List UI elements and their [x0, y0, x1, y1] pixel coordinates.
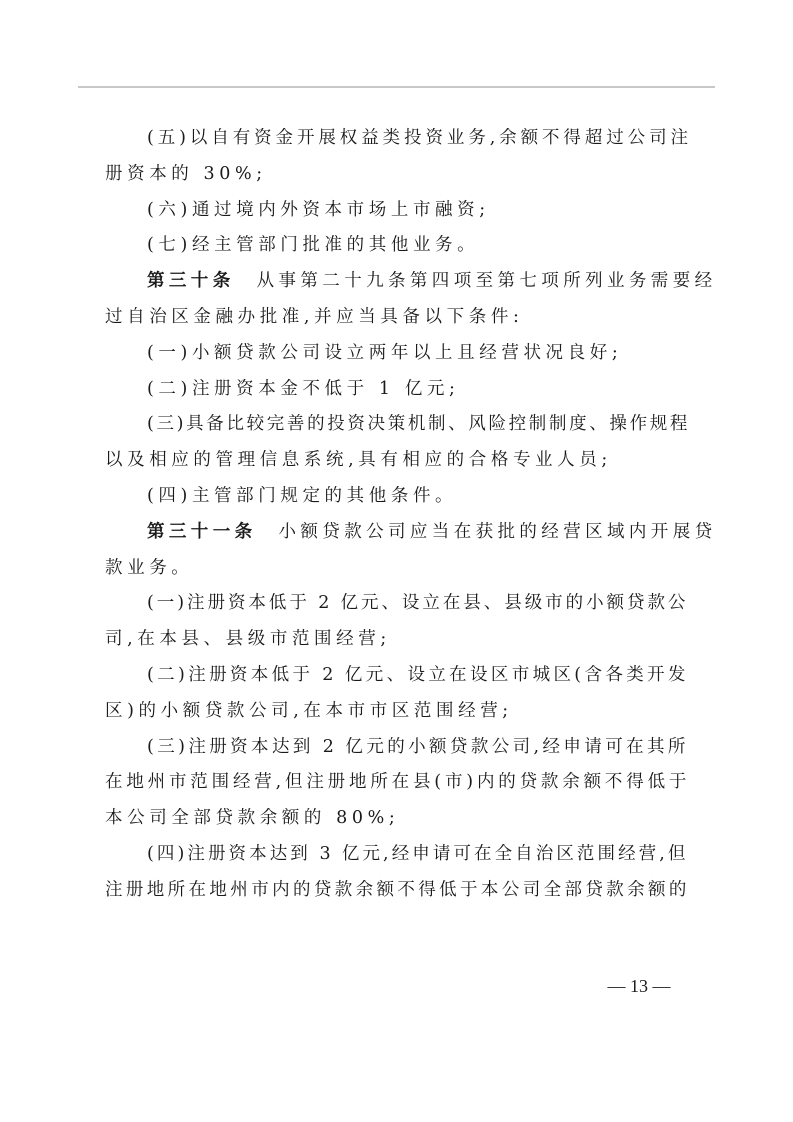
- text-line: (五)以自有资金开展权益类投资业务,余额不得超过公司注: [105, 121, 688, 157]
- article-number: 第三十一条: [147, 522, 257, 542]
- text-line: 区)的小额贷款公司,在本市市区范围经营;: [105, 694, 688, 730]
- text-line: (三)具备比较完善的投资决策机制、风险控制制度、操作规程: [105, 407, 688, 443]
- text-line: 在地州市范围经营,但注册地所在县(市)内的贷款余额不得低于: [105, 765, 688, 801]
- header-rule: [78, 86, 715, 88]
- text-line: 以及相应的管理信息系统,具有相应的合格专业人员;: [105, 443, 688, 479]
- article-number: 第三十条: [147, 271, 235, 291]
- text-line: (二)注册资本金不低于 1 亿元;: [105, 372, 688, 408]
- text-line: (四)主管部门规定的其他条件。: [105, 479, 688, 515]
- page-number: — 13 —: [597, 976, 681, 997]
- text-line: 册资本的 30%;: [105, 157, 688, 193]
- text-line: 注册地所在地州市内的贷款余额不得低于本公司全部贷款余额的: [105, 873, 688, 909]
- text-line: 款业务。: [105, 551, 688, 587]
- text-line: (一)注册资本低于 2 亿元、设立在县、县级市的小额贷款公: [105, 586, 688, 622]
- article-30-heading-line: 第三十条从事第二十九条第四项至第七项所列业务需要经: [105, 264, 688, 300]
- document-body: (五)以自有资金开展权益类投资业务,余额不得超过公司注 册资本的 30%; (六…: [105, 121, 688, 909]
- text-line: 过自治区金融办批准,并应当具备以下条件:: [105, 300, 688, 336]
- text-line: 司,在本县、县级市范围经营;: [105, 622, 688, 658]
- text-line: (七)经主管部门批准的其他业务。: [105, 228, 688, 264]
- text-line: 本公司全部贷款余额的 80%;: [105, 801, 688, 837]
- text-line: (一)小额贷款公司设立两年以上且经营状况良好;: [105, 336, 688, 372]
- article-text: 小额贷款公司应当在获批的经营区域内开展贷: [279, 522, 717, 542]
- text-line: (四)注册资本达到 3 亿元,经申请可在全自治区范围经营,但: [105, 837, 688, 873]
- article-31-heading-line: 第三十一条小额贷款公司应当在获批的经营区域内开展贷: [105, 515, 688, 551]
- article-text: 从事第二十九条第四项至第七项所列业务需要经: [257, 271, 717, 291]
- text-line: (二)注册资本低于 2 亿元、设立在设区市城区(含各类开发: [105, 658, 688, 694]
- text-line: (三)注册资本达到 2 亿元的小额贷款公司,经申请可在其所: [105, 730, 688, 766]
- text-line: (六)通过境内外资本市场上市融资;: [105, 193, 688, 229]
